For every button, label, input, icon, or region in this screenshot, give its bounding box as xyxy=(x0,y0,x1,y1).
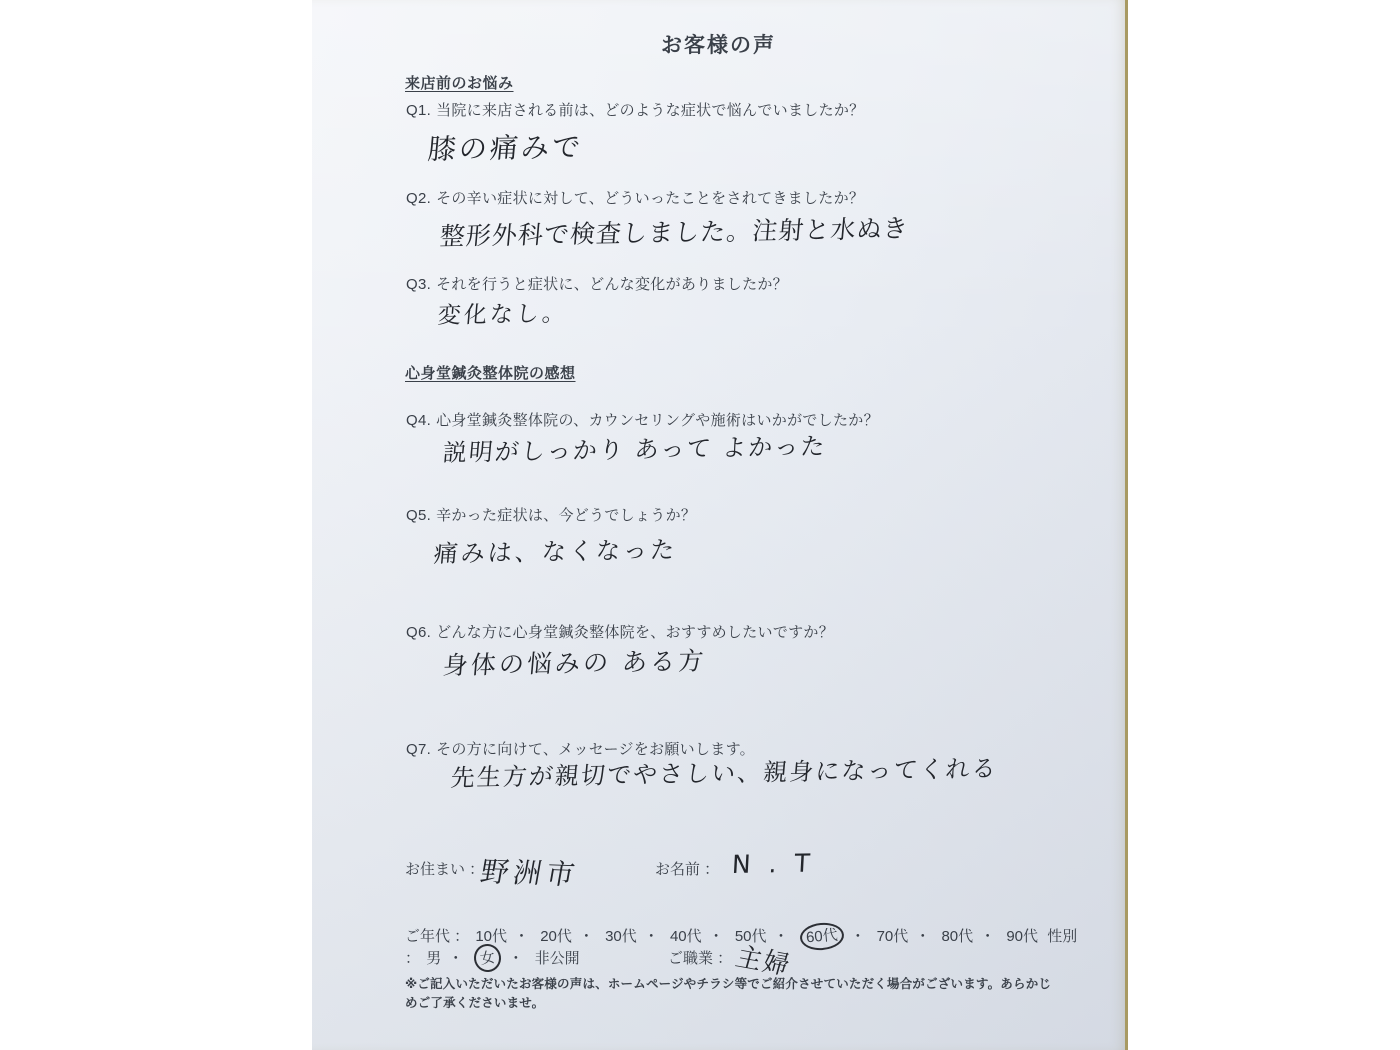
question-q3-text: それを行うと症状に、どんな変化がありましたか？ xyxy=(436,276,788,293)
separator-dot: ・ xyxy=(508,950,523,967)
question-q6-number: Q6. xyxy=(406,624,431,641)
scanned-page-background: お客様の声 来店前のお悩み Q1.当院に来店される前は、どのような症状で悩んでい… xyxy=(0,0,1400,1050)
handwritten-residence-value: 野洲市 xyxy=(477,850,582,893)
age-option-80s: 80代 xyxy=(941,928,973,945)
handwritten-answer-q5: 痛みは、なくなった xyxy=(432,530,678,569)
question-q2: Q2.その辛い症状に対して、どういったことをされてきましたか？ xyxy=(406,187,864,208)
separator-dot: ・ xyxy=(514,928,529,945)
question-q1-text: 当院に来店される前は、どのような症状で悩んでいましたか？ xyxy=(436,102,864,119)
separator-dot: ・ xyxy=(448,950,463,967)
question-q4-number: Q4. xyxy=(406,412,431,429)
gender-option-male: 男 xyxy=(426,950,441,967)
separator-dot: ・ xyxy=(915,928,930,945)
residence-label: お住まい ： xyxy=(405,858,484,879)
separator-dot: ・ xyxy=(579,928,594,945)
age-option-90s: 90代 xyxy=(1006,928,1038,945)
question-q3-number: Q3. xyxy=(406,276,431,293)
age-option-10s: 10代 xyxy=(475,928,507,945)
handwritten-answer-q4: 説明がしっかり あって よかった xyxy=(441,426,828,468)
handwritten-answer-q2: 整形外科で検査しました。注射と水ぬき xyxy=(438,209,910,253)
consent-footnote: ※ご記入いただいたお客様の声は、ホームページやチラシ等でご紹介させていただく場合… xyxy=(405,975,1055,1014)
question-q2-number: Q2. xyxy=(406,190,431,207)
age-option-30s: 30代 xyxy=(605,928,637,945)
question-q5-number: Q5. xyxy=(406,507,431,524)
gender-option-female-circled: 女 xyxy=(473,942,504,973)
separator-dot: ・ xyxy=(850,928,865,945)
separator-dot: ・ xyxy=(644,928,659,945)
question-q1-number: Q1. xyxy=(406,102,431,119)
handwritten-name-value: N . T xyxy=(731,849,815,879)
age-label: ご年代 ： xyxy=(405,928,469,945)
separator-dot: ・ xyxy=(980,928,995,945)
separator-dot: ・ xyxy=(709,928,724,945)
age-option-40s: 40代 xyxy=(670,928,702,945)
question-q5: Q5.辛かった症状は、今どうでしょうか？ xyxy=(406,504,696,525)
age-option-70s: 70代 xyxy=(877,928,909,945)
question-q5-text: 辛かった症状は、今どうでしょうか？ xyxy=(436,507,696,524)
question-q1: Q1.当院に来店される前は、どのような症状で悩んでいましたか？ xyxy=(406,99,864,120)
question-q7-number: Q7. xyxy=(406,741,431,758)
gender-heading: 性別 xyxy=(1047,928,1077,945)
question-q6-text: どんな方に心身堂鍼灸整体院を、おすすめしたいですか？ xyxy=(436,624,834,641)
page-title: お客様の声 xyxy=(312,29,1125,59)
age-option-60s-circled: 60代 xyxy=(799,921,845,952)
name-label: お名前 ： xyxy=(655,858,719,879)
gender-line: ： 男・ 女・ 非公開 ご職業 ： xyxy=(405,944,732,972)
question-q6: Q6.どんな方に心身堂鍼灸整体院を、おすすめしたいですか？ xyxy=(406,621,834,642)
age-option-20s: 20代 xyxy=(540,928,572,945)
gender-option-private: 非公開 xyxy=(535,950,580,967)
occupation-label: ご職業 ： xyxy=(668,950,732,967)
questionnaire-sheet: お客様の声 来店前のお悩み Q1.当院に来店される前は、どのような症状で悩んでい… xyxy=(312,0,1128,1050)
handwritten-answer-q3: 変化なし。 xyxy=(437,295,570,330)
section-heading-clinic-impression: 心身堂鍼灸整体院の感想 xyxy=(405,362,576,383)
question-q2-text: その辛い症状に対して、どういったことをされてきましたか？ xyxy=(436,190,864,207)
handwritten-answer-q6: 身体の悩みの ある方 xyxy=(441,641,708,682)
gender-colon: ： xyxy=(405,950,420,967)
section-heading-before-visit: 来店前のお悩み xyxy=(405,72,514,93)
handwritten-answer-q1: 膝の痛みで xyxy=(426,125,585,168)
question-q3: Q3.それを行うと症状に、どんな変化がありましたか？ xyxy=(406,273,788,294)
